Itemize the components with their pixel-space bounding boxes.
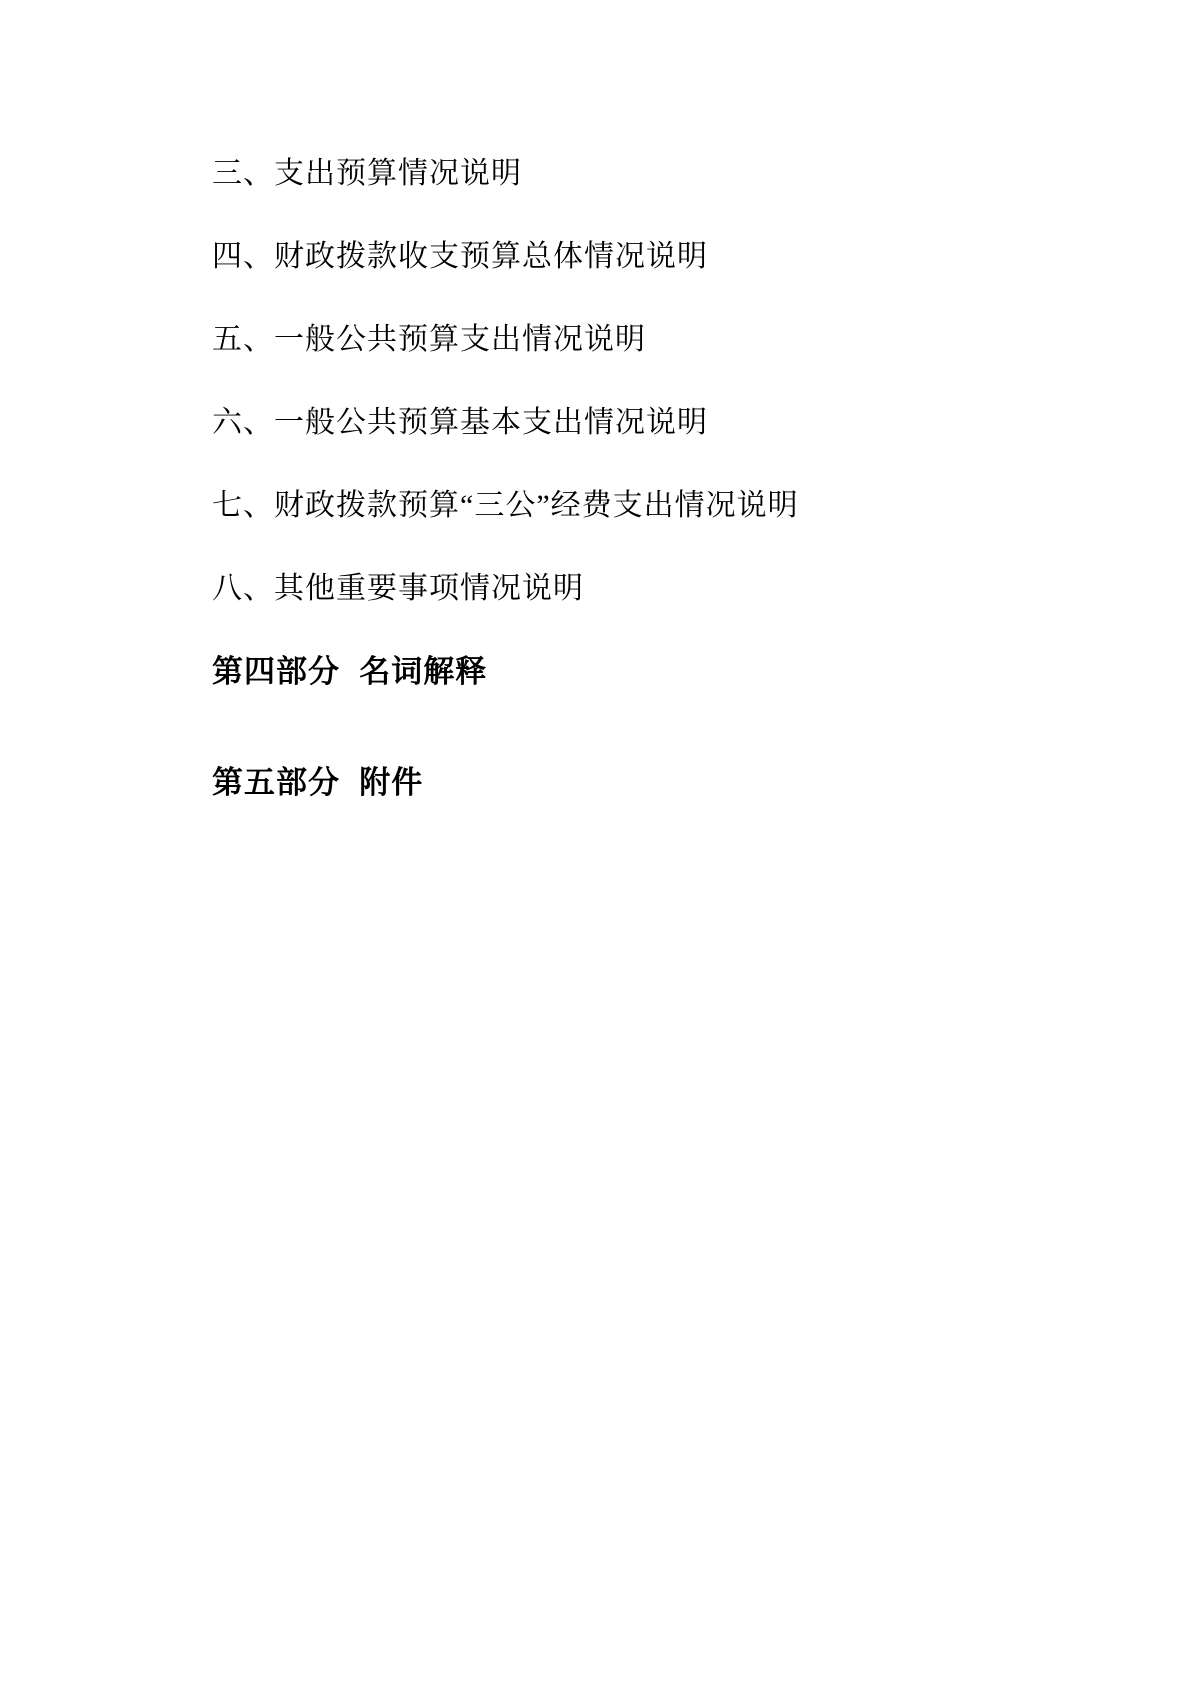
toc-item-fiscal-appropriation-overall: 四、财政拨款收支预算总体情况说明: [212, 241, 1071, 273]
toc-item-three-public-funds: 七、财政拨款预算“三公”经费支出情况说明: [212, 490, 1071, 522]
toc-item-general-public-budget-basic-expenditure: 六、一般公共预算基本支出情况说明: [212, 407, 1071, 439]
heading-part-five-attachment: 第五部分 附件: [212, 767, 1071, 799]
table-of-contents: 三、支出预算情况说明 四、财政拨款收支预算总体情况说明 五、一般公共预算支出情况…: [212, 158, 1071, 605]
toc-item-expenditure-budget: 三、支出预算情况说明: [212, 158, 1071, 190]
heading-part-four-glossary: 第四部分 名词解释: [212, 656, 1071, 688]
toc-item-general-public-budget-expenditure: 五、一般公共预算支出情况说明: [212, 324, 1071, 356]
toc-item-other-important-matters: 八、其他重要事项情况说明: [212, 573, 1071, 605]
document-page: 三、支出预算情况说明 四、财政拨款收支预算总体情况说明 五、一般公共预算支出情况…: [0, 0, 1191, 1684]
